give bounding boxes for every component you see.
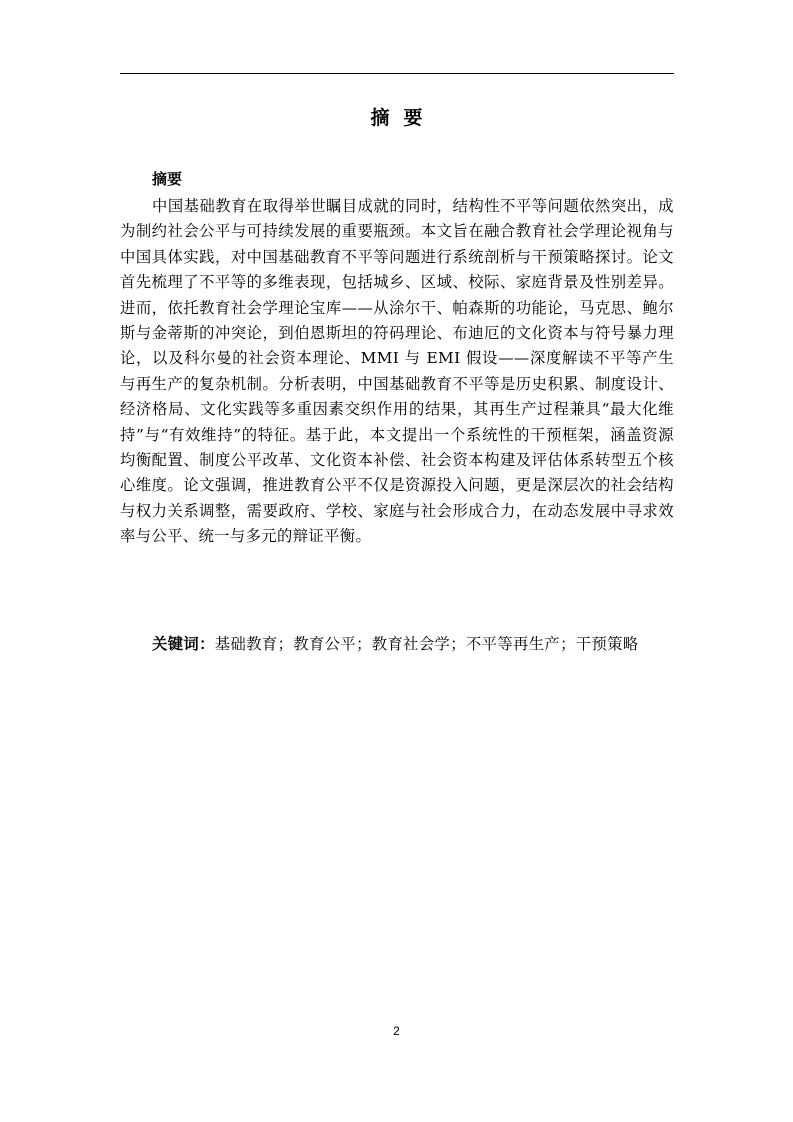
page-number: 2: [0, 1024, 793, 1038]
page-title: 摘要: [0, 103, 793, 130]
keywords-list: 基础教育；教育公平；教育社会学；不平等再生产；干预策略: [215, 635, 639, 653]
keywords: 关键词：基础教育；教育公平；教育社会学；不平等再生产；干预策略: [152, 632, 639, 657]
keywords-label: 关键词：: [152, 635, 215, 653]
abstract-heading: 摘要: [152, 168, 182, 189]
header-rule: [120, 73, 674, 74]
abstract-body: 中国基础教育在取得举世瞩目成就的同时，结构性不平等问题依然突出，成为制约社会公平…: [120, 194, 674, 550]
